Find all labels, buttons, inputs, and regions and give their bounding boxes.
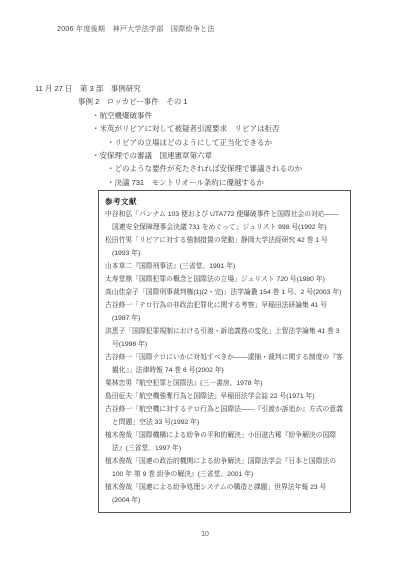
reference-entry: 島田征夫「航空機強奪行為と国際法」早稲田法学会誌 22 号(1971 年) <box>105 390 344 403</box>
lecture-notes: 11 月 27 日 第 3 部 事例研究 事例 2 ロッカビー事件 その 1 ・… <box>35 82 395 189</box>
reference-entry: 植木俊哉「国連による紛争処理システムの構造と課題」世界法年報 23 号 (200… <box>105 481 344 507</box>
page-header: 2006 年度後期 神戸大学法学部 国際紛争と法 <box>57 24 215 34</box>
reference-entry: 山本草二『国際刑事法』(三省堂、1991 年) <box>105 260 344 273</box>
note-line-bullet: ・安保理での審議 国連憲章第六章 <box>35 149 395 162</box>
reference-entry: 古谷修一「テロ行為の非政治犯罪化に関する考察」早稲田法研論集 41 号(1987… <box>105 299 344 325</box>
note-line-bullet: ・米英がリビアに対して被疑者引渡要求 リビアは拒否 <box>35 122 395 135</box>
reference-entry: 植木俊哉「国際機構による紛争の平和的解決」小田滋古稀『紛争解決の国際法』(三省堂… <box>105 429 344 455</box>
reference-entry: 植木俊哉「国連の政治的機関による紛争解決」国際法学会『日本と国際法の 100 年… <box>105 455 344 481</box>
note-line-bullet: ・航空機爆破事件 <box>35 109 395 122</box>
reference-entry: 高山佳奈子「国際刑事裁判権(1)(2・完)」法学論叢 154 巻 1 号、2 号… <box>105 286 344 299</box>
note-line-sub-bullet: ・決議 731 モントリオール条約に優越するか <box>35 176 395 189</box>
reference-entry: 中谷和弘「パンナム 103 便および UTA772 便爆破事件と国際社会の対応―… <box>105 208 344 234</box>
reference-entry: 洪恵子「国際犯罪規制における引渡・訴追義務の変化」上智法学論集 41 巻 3 号… <box>105 325 344 351</box>
reference-entry: 太寿堂鼎「国際犯罪の概念と国際法の立場」ジュリスト 720 号(1980 年) <box>105 273 344 286</box>
references-title: 参考文献 <box>105 195 344 208</box>
note-line-case-title: 事例 2 ロッカビー事件 その 1 <box>35 95 395 108</box>
reference-entry: 古谷修一「航空機に対するテロ行為と国際法――『引渡か訴追か』方式の意義と問題」空… <box>105 403 344 429</box>
reference-entry: 松田竹男「リビアに対する強制措置の発動」静岡大学法経研究 42 巻 1 号(19… <box>105 234 344 260</box>
reference-entry: 栗林忠男『航空犯罪と国際法』(三一書房、1978 年) <box>105 377 344 390</box>
note-line-date-title: 11 月 27 日 第 3 部 事例研究 <box>35 82 395 95</box>
note-line-sub-bullet: ・リビアの立場はどのようにして正当化できるか <box>35 136 395 149</box>
note-line-sub-bullet: ・どのような要件が充たされれば安保理で審議されるのか <box>35 162 395 175</box>
page-number: 10 <box>0 531 410 538</box>
reference-entry: 古谷修一「国際テロにいかに対処すべきか――逮捕・裁判に関する制度の『客観化』」法… <box>105 351 344 377</box>
document-page: 2006 年度後期 神戸大学法学部 国際紛争と法 11 月 27 日 第 3 部… <box>0 0 410 580</box>
references-box: 参考文献 中谷和弘「パンナム 103 便および UTA772 便爆破事件と国際社… <box>98 190 351 513</box>
